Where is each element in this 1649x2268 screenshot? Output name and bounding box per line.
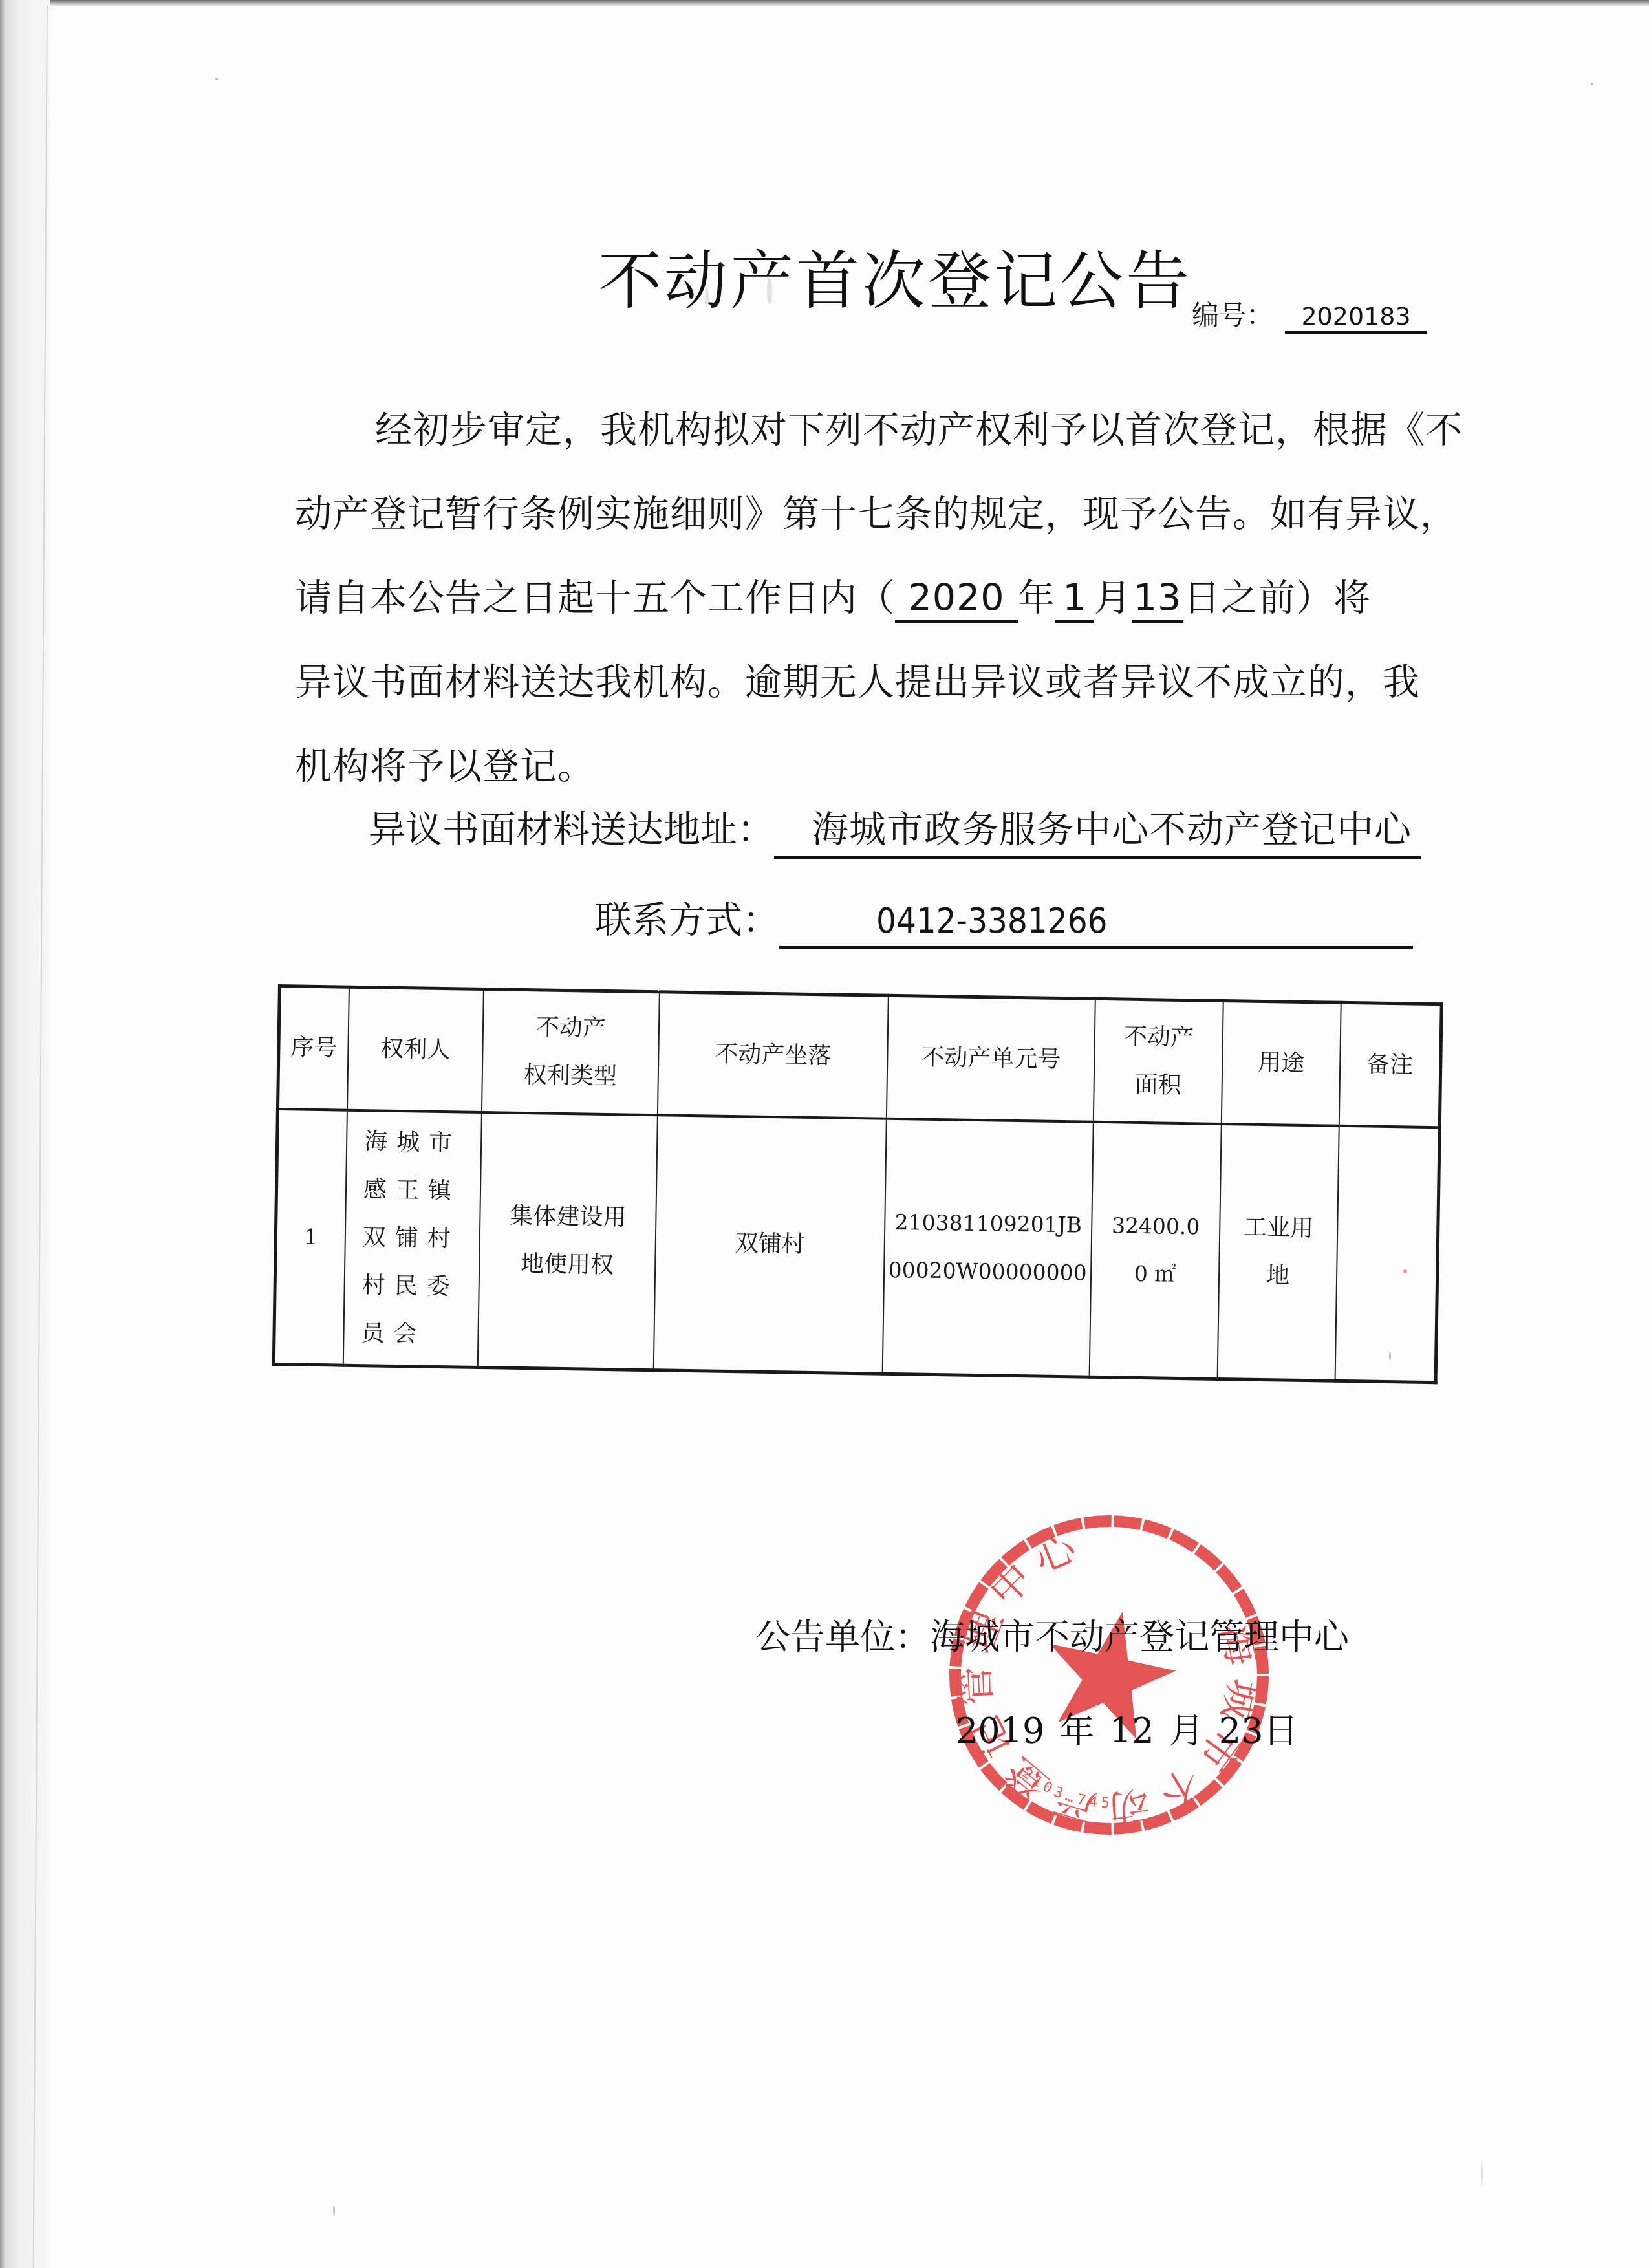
body-line-3-suffix: 日之前）将 <box>1183 577 1371 620</box>
usage-line1: 工业用 <box>1220 1204 1337 1253</box>
contact-row: 联系方式：0412-3381266 <box>595 902 1413 949</box>
body-line-4: 异议书面材料送达我机构。逾期无人提出异议或者异议不成立的，我 <box>295 640 1433 724</box>
header-location: 不动产坐落 <box>658 992 889 1119</box>
header-area-line2: 面积 <box>1094 1061 1222 1110</box>
scan-speck <box>333 2205 335 2216</box>
body-line-1: 经初步审定，我机构拟对下列不动产权利予以首次登记，根据《不 <box>295 388 1433 472</box>
issue-day: 23 <box>1219 1711 1264 1751</box>
official-seal-icon: 海城市不动产登记管理中心 2103…745 <box>947 1513 1271 1837</box>
holder-line-1: 海城市 <box>364 1118 481 1168</box>
header-remarks: 备注 <box>1339 1002 1441 1127</box>
scan-speck <box>1389 1352 1391 1361</box>
header-right-type-line2: 权利类型 <box>482 1051 658 1101</box>
serial-label: 编号： <box>1192 302 1273 329</box>
notice-page: 不动产首次登记公告 编号：2020183 经初步审定，我机构拟对下列不动产权利予… <box>0 0 1649 2268</box>
area-line1: 32400.0 <box>1092 1202 1220 1251</box>
holder-line-2: 感王镇 <box>363 1166 480 1216</box>
unit-no-line2: 00020W00000000 <box>885 1246 1091 1297</box>
table-row: 1 海城市 感王镇 双铺村 村民委 员会 集体建设用地使用权 双铺村 21038… <box>274 1109 1439 1383</box>
issue-day-char: 日 <box>1264 1711 1299 1751</box>
cell-holder: 海城市 感王镇 双铺村 村民委 员会 <box>343 1110 482 1367</box>
holder-line-4: 村民委 <box>361 1262 479 1312</box>
scan-speck <box>1403 1269 1407 1273</box>
body-line-3-prefix: 请自本公告之日起十五个工作日内（ <box>295 577 895 620</box>
area-line2: 0 ㎡ <box>1092 1249 1219 1299</box>
cell-area: 32400.00 ㎡ <box>1090 1121 1222 1379</box>
issue-month-char: 月 <box>1169 1711 1204 1751</box>
usage-line2: 地 <box>1220 1251 1337 1301</box>
scan-speck <box>1591 83 1593 85</box>
scan-speck <box>767 278 772 304</box>
issuer-name: 海城市不动产登记管理中心 <box>930 1617 1349 1658</box>
serial-number: 编号：2020183 <box>1192 302 1427 334</box>
right-type-line1: 集体建设用 <box>480 1192 656 1242</box>
deadline-month: 1 <box>1055 578 1094 623</box>
deadline-year: 2020 <box>895 578 1018 623</box>
header-unit-no: 不动产单元号 <box>887 995 1095 1121</box>
issue-year-char: 年 <box>1060 1711 1095 1751</box>
header-seq: 序号 <box>277 986 349 1110</box>
objection-address-row: 异议书面材料送达地址：海城市政务服务中心不动产登记中心 <box>369 812 1421 859</box>
registration-table: 序号 权利人 不动产权利类型 不动产坐落 不动产单元号 不动产面积 用途 备注 … <box>272 984 1443 1384</box>
scan-speck <box>705 288 709 307</box>
objection-address-label: 异议书面材料送达地址： <box>369 808 774 851</box>
scan-speck <box>1481 2160 1483 2186</box>
month-char: 月 <box>1094 577 1132 620</box>
objection-address-value: 海城市政务服务中心不动产登记中心 <box>774 812 1421 859</box>
header-right-type-line1: 不动产 <box>483 1003 658 1053</box>
body-line-5: 机构将予以登记。 <box>295 724 1433 808</box>
issue-year: 2019 <box>956 1711 1044 1751</box>
header-area: 不动产面积 <box>1094 999 1223 1123</box>
table-header-row: 序号 权利人 不动产权利类型 不动产坐落 不动产单元号 不动产面积 用途 备注 <box>277 986 1441 1127</box>
page-title: 不动产首次登记公告 <box>598 250 1192 313</box>
right-type-line2: 地使用权 <box>480 1240 655 1290</box>
contact-label: 联系方式： <box>595 899 779 942</box>
header-usage: 用途 <box>1222 1000 1341 1125</box>
contact-phone: 0412-3381266 <box>779 903 1413 949</box>
cell-remarks <box>1335 1125 1440 1382</box>
notice-body: 经初步审定，我机构拟对下列不动产权利予以首次登记，根据《不 动产登记暂行条例实施… <box>295 388 1433 808</box>
scan-speck <box>215 78 218 80</box>
unit-no-line1: 210381109201JB <box>885 1198 1092 1249</box>
header-right-type: 不动产权利类型 <box>482 989 660 1114</box>
registration-table-wrapper: 序号 权利人 不动产权利类型 不动产坐落 不动产单元号 不动产面积 用途 备注 … <box>272 984 1443 1384</box>
issuer-line: 公告单位：海城市不动产登记管理中心 <box>755 1620 1349 1655</box>
cell-location: 双铺村 <box>654 1115 887 1374</box>
header-area-line1: 不动产 <box>1095 1013 1222 1063</box>
issue-date: 2019 年 12 月 23日 <box>956 1714 1299 1749</box>
year-char: 年 <box>1018 577 1055 620</box>
holder-line-5: 员会 <box>361 1310 478 1359</box>
issuer-label: 公告单位： <box>755 1617 930 1658</box>
cell-right-type: 集体建设用地使用权 <box>478 1112 658 1370</box>
holder-line-3: 双铺村 <box>362 1214 479 1264</box>
body-line-3: 请自本公告之日起十五个工作日内（2020年1月13日之前）将 <box>295 556 1433 640</box>
header-holder: 权利人 <box>347 987 484 1112</box>
issue-month: 12 <box>1110 1711 1154 1751</box>
cell-usage: 工业用地 <box>1218 1123 1339 1381</box>
deadline-day: 13 <box>1132 578 1183 623</box>
body-line-2: 动产登记暂行条例实施细则》第十七条的规定，现予公告。如有异议， <box>295 472 1433 556</box>
cell-seq: 1 <box>274 1109 347 1366</box>
serial-value: 2020183 <box>1285 304 1427 334</box>
cell-unit-no: 210381109201JB00020W00000000 <box>883 1118 1094 1377</box>
